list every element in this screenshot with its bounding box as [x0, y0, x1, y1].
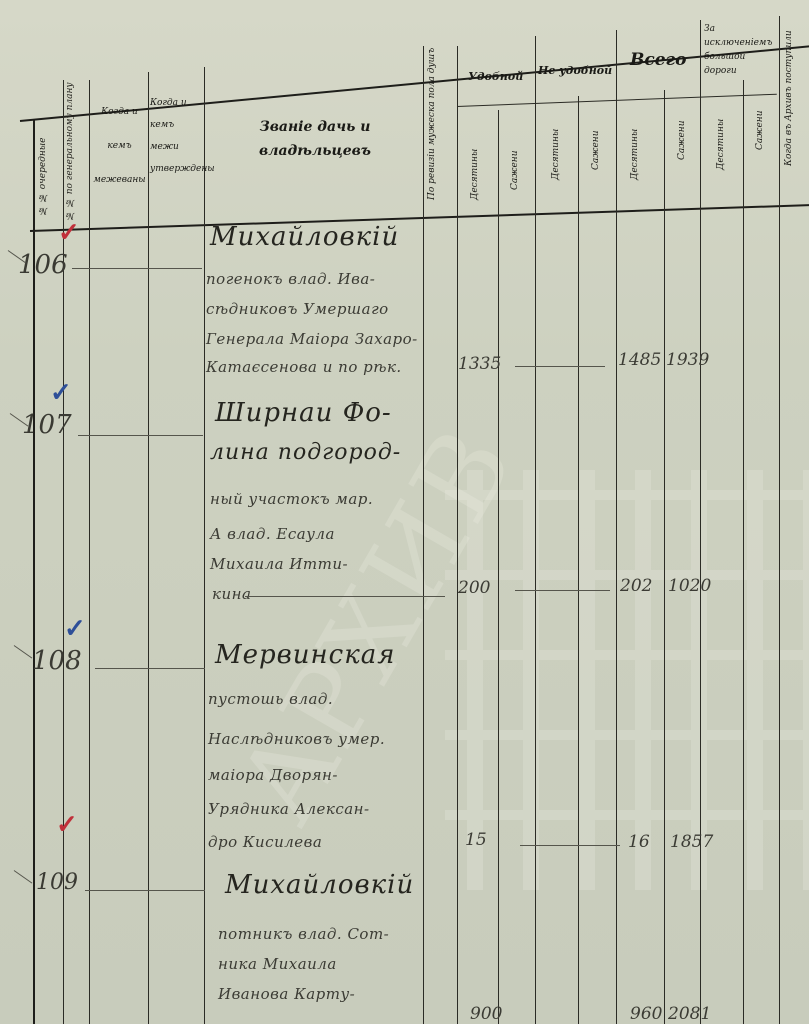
- header-when-surveyed: Когда и кемъ межеваны: [91, 95, 148, 197]
- header-excl-sazheni: Сажени: [755, 90, 766, 150]
- owner-line: Михайловкій: [225, 870, 414, 900]
- entry-order-number: 107: [22, 410, 72, 440]
- col-line-2: [89, 80, 90, 1024]
- header-group-non-arable: Не удобной: [538, 64, 612, 77]
- header-bottom-border: [30, 204, 809, 232]
- ditto-dash: [520, 845, 620, 846]
- arable-desyatiny: 15: [465, 830, 487, 850]
- header-order-number: № № очередные: [38, 95, 49, 215]
- ditto-dash: [95, 668, 205, 669]
- owner-line: ный участокъ мар.: [210, 490, 373, 508]
- col-line-9: [578, 96, 579, 1024]
- header-arable-desyatiny: Десятины: [470, 130, 481, 200]
- total-sazheni: 1020: [668, 576, 711, 596]
- owner-line: пустошь влад.: [208, 690, 333, 708]
- col-line-8: [535, 36, 536, 1024]
- owner-line: дро Кисилева: [208, 833, 322, 851]
- ditto-dash: [515, 366, 605, 367]
- owner-line: маіора Дворян-: [208, 766, 338, 784]
- header-revision-souls: По ревизіи мужеска пола душъ: [427, 60, 438, 200]
- owner-line: погенокъ влад. Ива-: [206, 270, 375, 288]
- owner-line: Катаєсенова и по рѣк.: [206, 358, 402, 376]
- header-group-arable: Удобной: [468, 70, 523, 83]
- owner-line: лина подгород-: [210, 440, 401, 465]
- owner-line: потникъ влад. Сот-: [218, 925, 389, 943]
- arable-desyatiny: 900: [470, 1004, 502, 1024]
- col-line-6: [457, 46, 458, 1024]
- header-group-total: Всего: [630, 50, 686, 70]
- owner-line: А влад. Есаула: [210, 525, 335, 543]
- entry-order-number: 106: [18, 250, 68, 280]
- header-when-archived: Когда въ Архивъ поступили: [784, 16, 795, 166]
- total-desyatiny: 960: [630, 1004, 662, 1024]
- header-total-sazheni: Сажени: [677, 100, 688, 160]
- header-arable-sazheni: Сажени: [510, 130, 521, 190]
- col-line-13: [743, 80, 744, 1024]
- ditto-dash: [72, 268, 202, 269]
- ditto-dash: [515, 590, 610, 591]
- blue-check-mark: ✓: [50, 378, 72, 408]
- owner-line: сѣдниковъ Умершаго: [206, 300, 389, 318]
- ditto-dash: [245, 596, 445, 597]
- col-line-7: [498, 110, 499, 1024]
- red-check-mark: ✓: [56, 810, 78, 840]
- red-check-mark: ✓: [58, 218, 80, 248]
- entry-order-number: 108: [32, 646, 82, 676]
- total-desyatiny: 16: [628, 832, 650, 852]
- header-when-approved: Когда и кемъ межи утверждены: [150, 92, 204, 180]
- total-sazheni: 1857: [670, 832, 713, 852]
- col-line-12: [700, 20, 701, 1024]
- owner-line: Урядника Алексан-: [208, 800, 370, 818]
- ditto-dash: [78, 435, 203, 436]
- header-excl-desyatiny: Десятины: [716, 90, 727, 170]
- col-line-11: [664, 90, 665, 1024]
- arable-desyatiny: 1335: [458, 354, 501, 374]
- total-sazheni: 2081: [668, 1004, 711, 1024]
- owner-line: ника Михаила: [218, 955, 337, 973]
- ledger-page: АРХИВ № № очередные № № по генеральному …: [0, 0, 809, 1024]
- owner-line: Наслѣдниковъ умер.: [208, 730, 385, 748]
- owner-line: кина: [212, 585, 251, 603]
- total-sazheni: 1939: [666, 350, 709, 370]
- header-non-arable-desyatiny: Десятины: [551, 100, 562, 180]
- ditto-dash: [85, 890, 205, 891]
- header-group-excluding-road: За исключеніемъ большой дороги: [704, 22, 778, 78]
- owner-line: Иванова Карту-: [218, 985, 355, 1003]
- margin-mark: [14, 870, 33, 883]
- entry-order-number: 109: [36, 870, 78, 895]
- header-total-desyatiny: Десятины: [630, 100, 641, 180]
- header-general-plan-number: № № по генеральному плану: [65, 80, 76, 220]
- owner-line: Мервинская: [215, 640, 395, 670]
- owner-line: Михайловкій: [210, 222, 399, 252]
- col-line-5: [423, 46, 424, 1024]
- total-desyatiny: 1485: [618, 350, 661, 370]
- owner-line: Михаила Итти-: [210, 555, 348, 573]
- arable-desyatiny: 200: [458, 578, 490, 598]
- owner-line: Ширнаи Фо-: [215, 398, 392, 428]
- owner-line: Генерала Маіора Захаро-: [206, 330, 418, 348]
- blue-check-mark: ✓: [64, 614, 86, 644]
- col-line-4: [204, 67, 205, 1024]
- header-name-and-owners: Званіе дачь и владѣльцевъ: [225, 115, 405, 163]
- col-line-10: [616, 30, 617, 1024]
- header-non-arable-sazheni: Сажени: [591, 110, 602, 170]
- total-desyatiny: 202: [620, 576, 652, 596]
- col-line-3: [148, 72, 149, 1024]
- col-line-14: [779, 16, 780, 1024]
- margin-mark: [14, 645, 33, 658]
